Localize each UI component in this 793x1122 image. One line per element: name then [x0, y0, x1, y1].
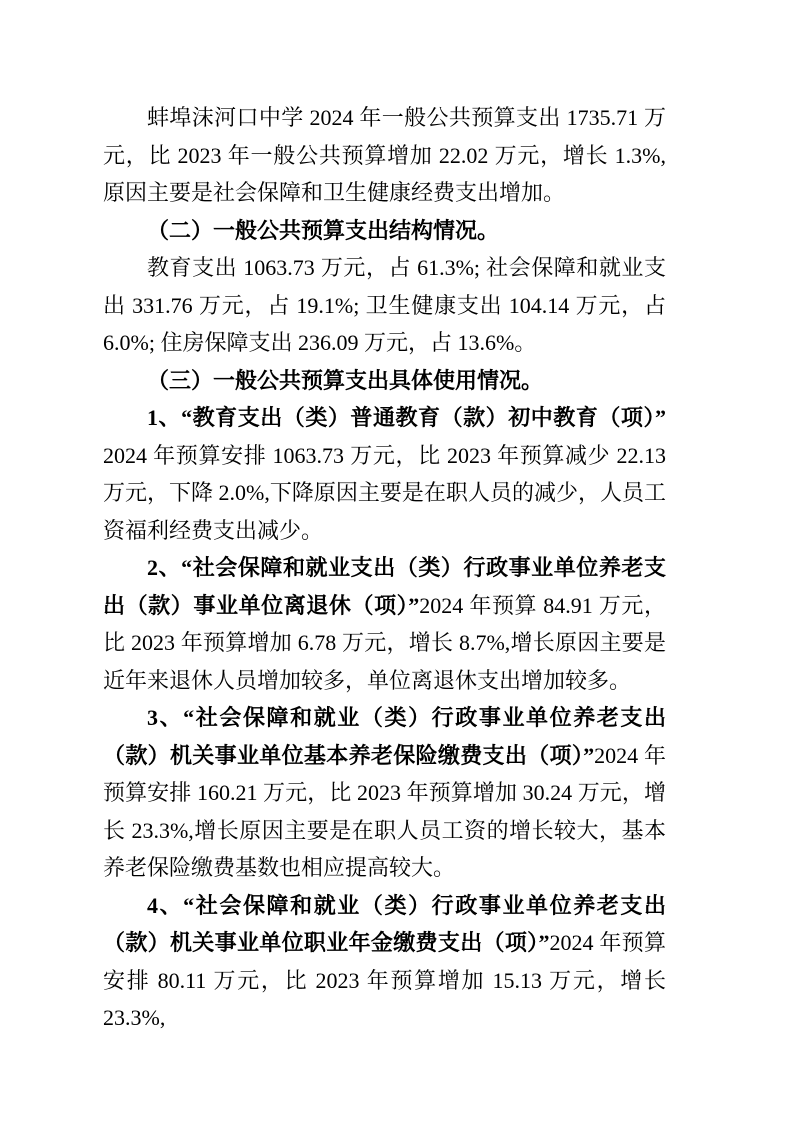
document-text-block: 蚌埠沫河口中学 2024 年一般公共预算支出 1735.71 万元，比 2023…: [103, 99, 666, 1037]
heading-text: （二）一般公共预算支出结构情况。: [147, 218, 499, 243]
item-title-text: 1、“教育支出（类）普通教育（款）初中教育（项）”: [147, 405, 666, 430]
para-general-budget-expenditure-total: 蚌埠沫河口中学 2024 年一般公共预算支出 1735.71 万元，比 2023…: [103, 99, 666, 212]
paragraph-text: 蚌埠沫河口中学 2024 年一般公共预算支出 1735.71 万元，比 2023…: [103, 105, 666, 205]
item-body-text: 2024 年预算安排 1063.73 万元，比 2023 年预算减少 22.13…: [103, 443, 666, 543]
document-page: 蚌埠沫河口中学 2024 年一般公共预算支出 1735.71 万元，比 2023…: [0, 0, 793, 1122]
paragraph-text: 教育支出 1063.73 万元，占 61.3%; 社会保障和就业支出 331.7…: [103, 255, 666, 355]
para-item-1-education: 1、“教育支出（类）普通教育（款）初中教育（项）”2024 年预算安排 1063…: [103, 399, 666, 549]
heading-section-3: （三）一般公共预算支出具体使用情况。: [103, 362, 666, 400]
para-item-4-occupational-annuity: 4、“社会保障和就业（类）行政事业单位养老支出（款）机关事业单位职业年金缴费支出…: [103, 887, 666, 1037]
para-item-2-retirement: 2、“社会保障和就业支出（类）行政事业单位养老支出（款）事业单位离退休（项）”2…: [103, 549, 666, 699]
item-title-text: 3、“社会保障和就业（类）行政事业单位养老支出（款）机关事业单位基本养老保险缴费…: [103, 705, 666, 768]
heading-section-2: （二）一般公共预算支出结构情况。: [103, 212, 666, 250]
para-item-3-basic-pension-contribution: 3、“社会保障和就业（类）行政事业单位养老支出（款）机关事业单位基本养老保险缴费…: [103, 699, 666, 887]
heading-text: （三）一般公共预算支出具体使用情况。: [147, 368, 543, 393]
para-expenditure-structure: 教育支出 1063.73 万元，占 61.3%; 社会保障和就业支出 331.7…: [103, 249, 666, 362]
